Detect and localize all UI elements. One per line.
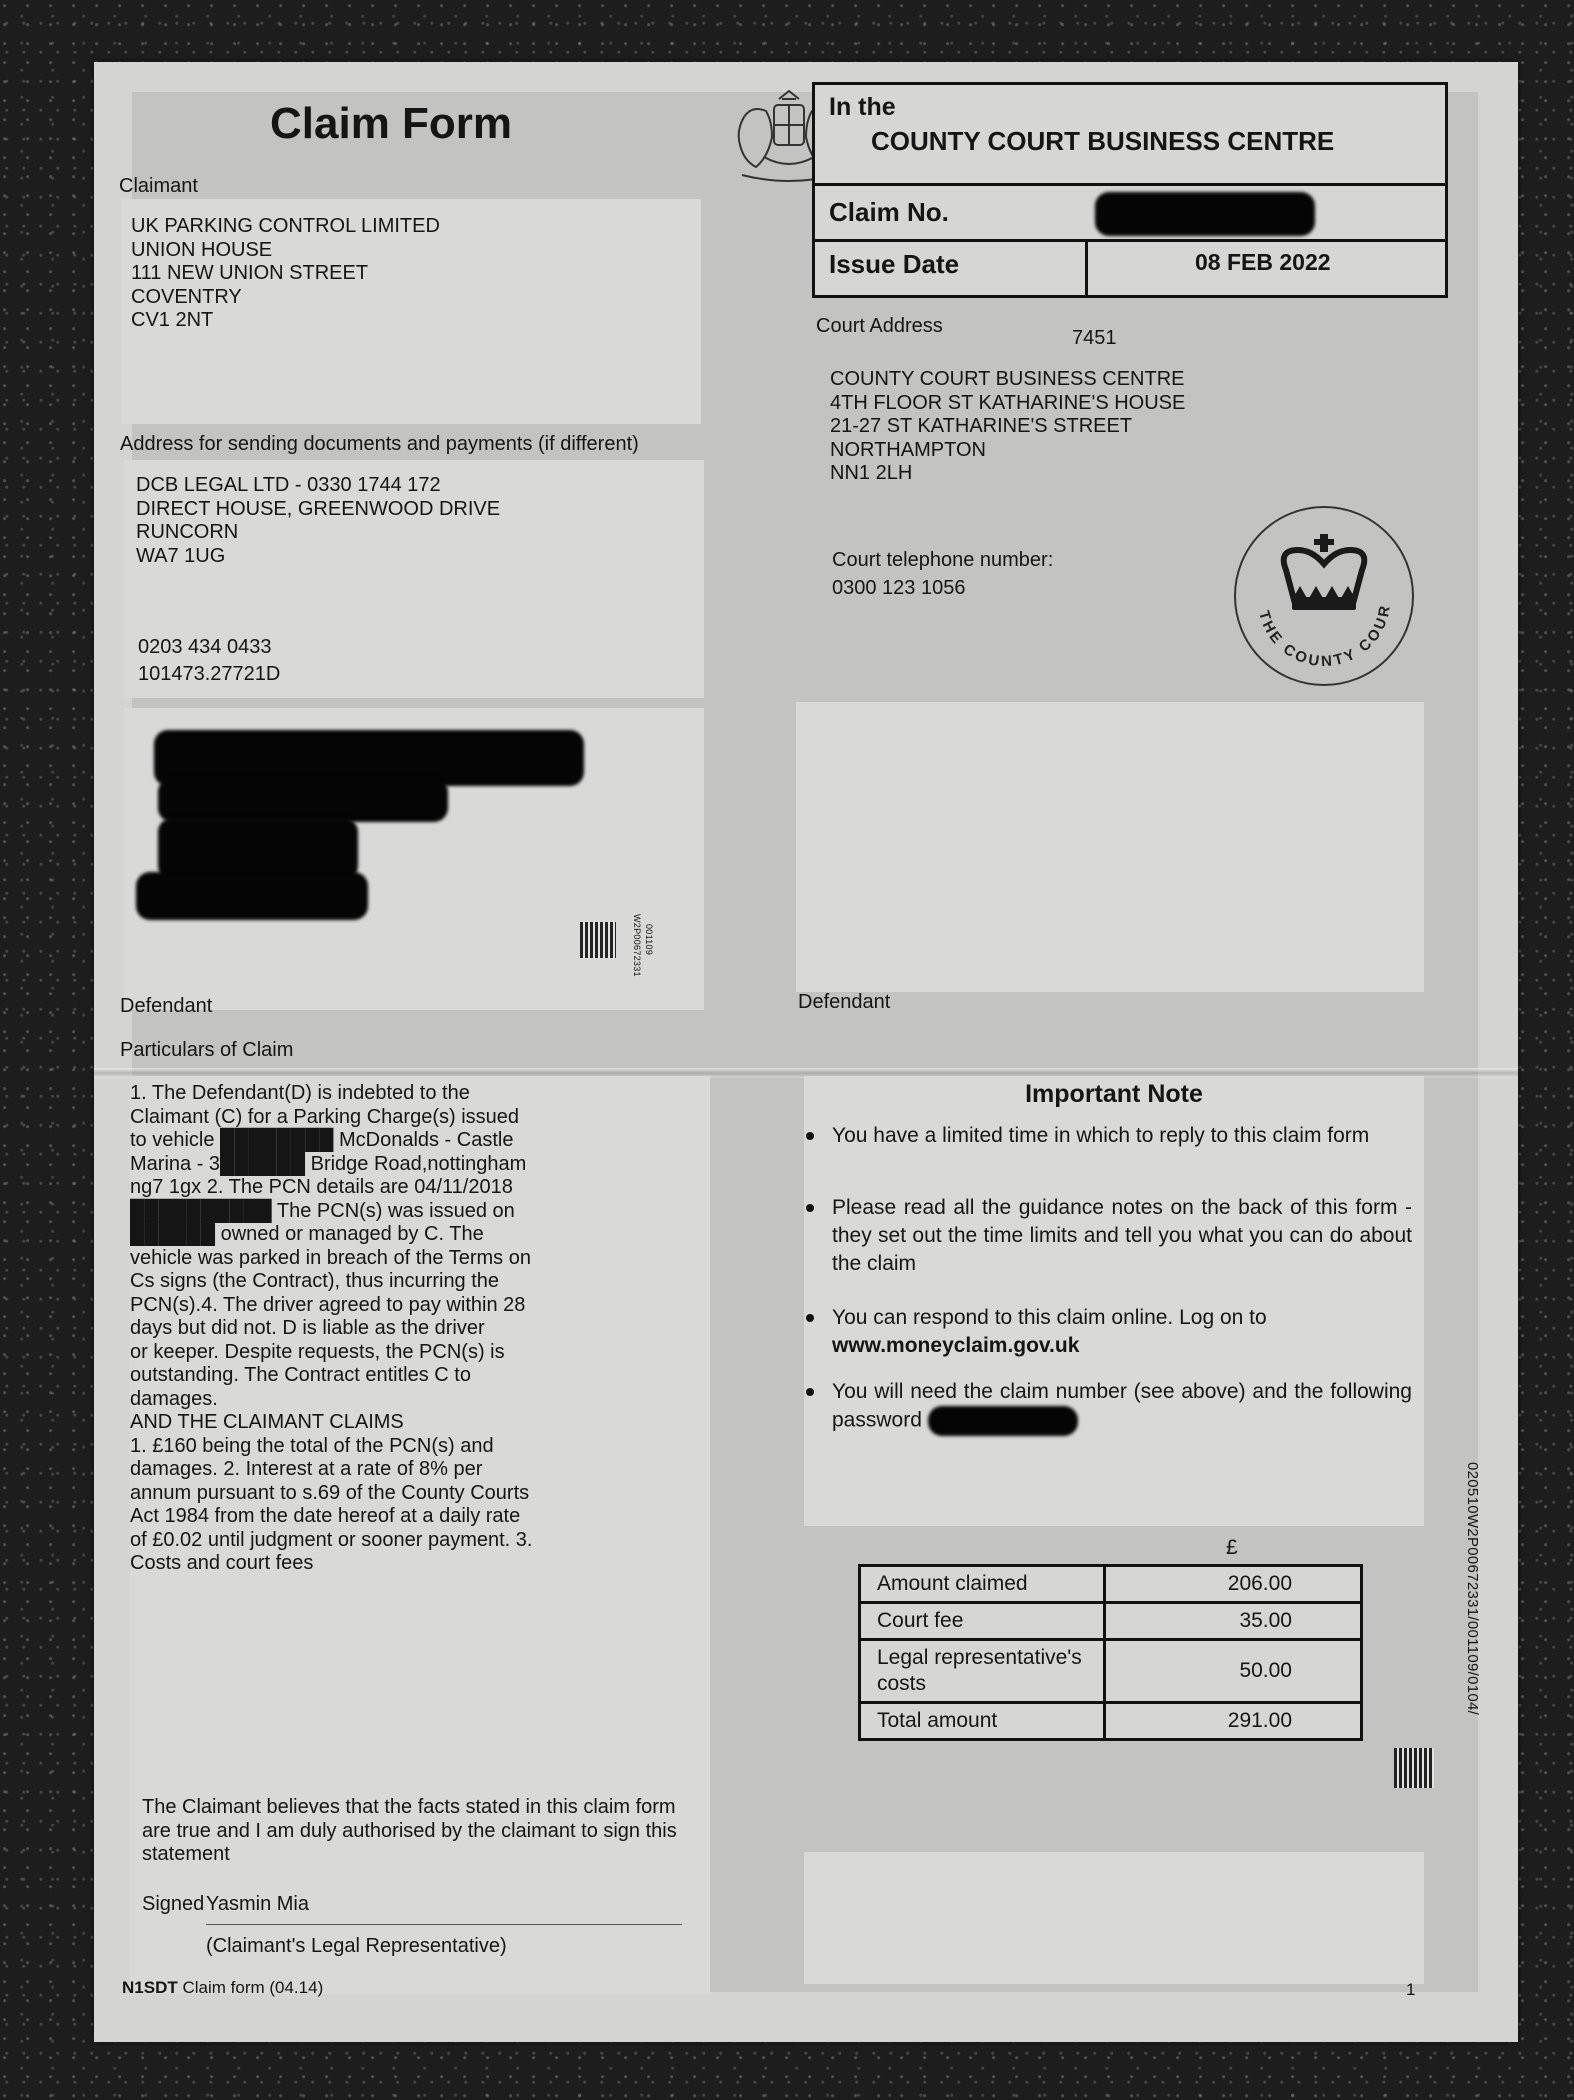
amount-label: Total amount: [860, 1703, 1105, 1740]
amount-label: Legal representative's costs: [860, 1640, 1105, 1703]
signatory-name: Yasmin Mia: [206, 1892, 309, 1916]
statement-line: statement: [142, 1843, 677, 1867]
particulars-line: to vehicle ████████ McDonalds - Castle: [130, 1129, 532, 1153]
statement-line: are true and I am duly authorised by the…: [142, 1820, 677, 1844]
county-court-seal: THE COUNTY COURT: [1234, 506, 1414, 686]
amount-label: Court fee: [860, 1603, 1105, 1640]
service-address-line: WA7 1UG: [136, 545, 500, 569]
particulars-line: ██████ owned or managed by C. The: [130, 1223, 532, 1247]
claimant-label: Claimant: [119, 174, 198, 198]
form-code: N1SDT: [122, 1978, 178, 1997]
claim-number-row: Claim No.: [815, 183, 1445, 242]
bullet-icon: [806, 1388, 814, 1396]
particulars-line: damages.: [130, 1388, 532, 1412]
defendant-address-redacted: [158, 818, 358, 880]
court-address-line: COUNTY COURT BUSINESS CENTRE: [830, 368, 1185, 392]
claim-number-redacted: [1095, 192, 1315, 236]
issue-date-row: Issue Date 08 FEB 2022: [815, 239, 1445, 292]
particulars-line: PCN(s).4. The driver agreed to pay withi…: [130, 1294, 532, 1318]
claimant-address-line: UNION HOUSE: [131, 239, 440, 263]
court-address-line: 21-27 ST KATHARINE'S STREET: [830, 415, 1185, 439]
court-header-box: In the COUNTY COURT BUSINESS CENTRE Clai…: [812, 82, 1448, 298]
court-code: 7451: [1072, 326, 1117, 350]
form-footer: N1SDT Claim form (04.14): [122, 1976, 323, 2000]
issue-date-divider: [1085, 242, 1088, 295]
service-address-line: RUNCORN: [136, 521, 500, 545]
datamatrix-barcode: [580, 922, 616, 958]
issue-date-value: 08 FEB 2022: [1195, 250, 1331, 274]
currency-symbol: £: [1226, 1536, 1238, 1560]
particulars-line: Marina - 3██████ Bridge Road,nottingham: [130, 1153, 532, 1177]
defendant-address-box: W2P00672331 001109: [124, 708, 704, 1010]
important-note-item: You can respond to this claim online. Lo…: [832, 1304, 1412, 1360]
form-title: Claim Form: [270, 112, 512, 136]
particulars-label: Particulars of Claim: [120, 1038, 293, 1062]
datamatrix-barcode: [1394, 1748, 1434, 1788]
amount-row: Court fee 35.00: [860, 1603, 1362, 1640]
amount-value: 291.00: [1105, 1703, 1362, 1740]
defendant-address-redacted: [158, 778, 448, 822]
court-address: COUNTY COURT BUSINESS CENTRE 4TH FLOOR S…: [830, 368, 1185, 486]
particulars-line: vehicle was parked in breach of the Term…: [130, 1247, 532, 1271]
bullet-icon: [806, 1314, 814, 1322]
claimant-address-line: UK PARKING CONTROL LIMITED: [131, 215, 440, 239]
side-reference: 020510W2P00672331/001109/0104/: [1464, 1462, 1481, 1715]
court-telephone-value: 0300 123 1056: [832, 576, 965, 600]
particulars-line: ██████████ The PCN(s) was issued on: [130, 1200, 532, 1224]
form-name: Claim form (04.14): [182, 1978, 323, 1997]
statement-line: The Claimant believes that the facts sta…: [142, 1796, 677, 1820]
issue-date-label: Issue Date: [829, 252, 959, 276]
bullet-icon: [806, 1132, 814, 1140]
service-address-line: DIRECT HOUSE, GREENWOOD DRIVE: [136, 498, 500, 522]
claimant-address-line: 111 NEW UNION STREET: [131, 262, 440, 286]
defendant-label-left: Defendant: [120, 994, 212, 1018]
statement-text: The Claimant believes that the facts sta…: [142, 1796, 677, 1867]
particulars-line: Act 1984 from the date hereof at a daily…: [130, 1505, 532, 1529]
claimant-address: UK PARKING CONTROL LIMITED UNION HOUSE 1…: [131, 215, 440, 333]
defendant-label-right: Defendant: [798, 990, 890, 1014]
amounts-table: Amount claimed 206.00 Court fee 35.00 Le…: [858, 1564, 1363, 1741]
particulars-line: of £0.02 until judgment or sooner paymen…: [130, 1529, 532, 1553]
particulars-line: damages. 2. Interest at a rate of 8% per: [130, 1458, 532, 1482]
service-address-label: Address for sending documents and paymen…: [120, 432, 639, 456]
signatory-role: (Claimant's Legal Representative): [206, 1934, 507, 1958]
amount-row: Legal representative's costs 50.00: [860, 1640, 1362, 1703]
amount-value: 206.00: [1105, 1566, 1362, 1603]
court-address-label: Court Address: [816, 314, 943, 338]
signature-line: [206, 1924, 682, 1925]
service-reference: 101473.27721D: [138, 662, 280, 686]
particulars-text: 1. The Defendant(D) is indebted to the C…: [130, 1082, 532, 1576]
important-note-item: You have a limited time in which to repl…: [832, 1122, 1412, 1150]
bullet-icon: [806, 1204, 814, 1212]
court-telephone-label: Court telephone number:: [832, 548, 1053, 572]
particulars-line: Costs and court fees: [130, 1552, 532, 1576]
page-number: 1: [1406, 1978, 1415, 2002]
claim-form-document: Claim Form Claimant UK PARKING CONTROL L…: [94, 62, 1518, 2042]
important-note-item: You will need the claim number (see abov…: [832, 1378, 1412, 1436]
signed-label: Signed: [142, 1892, 204, 1916]
claim-number-label: Claim No.: [829, 200, 949, 224]
particulars-line: outstanding. The Contract entitles C to: [130, 1364, 532, 1388]
barcode-sub: 001109: [644, 924, 654, 955]
particulars-line: 1. The Defendant(D) is indebted to the: [130, 1082, 532, 1106]
particulars-line: Claimant (C) for a Parking Charge(s) iss…: [130, 1106, 532, 1130]
important-note-title: Important Note: [804, 1082, 1424, 1106]
service-address-line: DCB LEGAL LTD - 0330 1744 172: [136, 474, 500, 498]
amount-value: 50.00: [1105, 1640, 1362, 1703]
amount-row: Total amount 291.00: [860, 1703, 1362, 1740]
crown-icon: THE COUNTY COURT: [1236, 508, 1412, 684]
service-phone: 0203 434 0433: [138, 635, 271, 659]
defendant-right-box: [796, 702, 1424, 992]
court-use-box: [804, 1852, 1424, 1984]
amount-value: 35.00: [1105, 1603, 1362, 1640]
court-name: COUNTY COURT BUSINESS CENTRE: [871, 129, 1334, 153]
claimant-address-line: CV1 2NT: [131, 309, 440, 333]
in-the-label: In the: [829, 95, 896, 119]
particulars-line: 1. £160 being the total of the PCN(s) an…: [130, 1435, 532, 1459]
particulars-line: ng7 1gx 2. The PCN details are 04/11/201…: [130, 1176, 532, 1200]
court-address-line: 4TH FLOOR ST KATHARINE'S HOUSE: [830, 392, 1185, 416]
particulars-line: or keeper. Despite requests, the PCN(s) …: [130, 1341, 532, 1365]
defendant-address-redacted: [136, 872, 368, 920]
amount-label: Amount claimed: [860, 1566, 1105, 1603]
barcode-code: W2P00672331: [632, 914, 642, 977]
service-address: DCB LEGAL LTD - 0330 1744 172 DIRECT HOU…: [136, 474, 500, 568]
claimant-address-line: COVENTRY: [131, 286, 440, 310]
particulars-line: annum pursuant to s.69 of the County Cou…: [130, 1482, 532, 1506]
court-address-line: NORTHAMPTON: [830, 439, 1185, 463]
particulars-line: AND THE CLAIMANT CLAIMS: [130, 1411, 532, 1435]
particulars-line: days but did not. D is liable as the dri…: [130, 1317, 532, 1341]
particulars-box: 1. The Defendant(D) is indebted to the C…: [130, 1076, 710, 1782]
service-address-box: DCB LEGAL LTD - 0330 1744 172 DIRECT HOU…: [124, 460, 704, 698]
court-address-line: NN1 2LH: [830, 462, 1185, 486]
important-note-item: Please read all the guidance notes on th…: [832, 1194, 1412, 1278]
particulars-line: Cs signs (the Contract), thus incurring …: [130, 1270, 532, 1294]
amount-row: Amount claimed 206.00: [860, 1566, 1362, 1603]
statement-of-truth-box: The Claimant believes that the facts sta…: [130, 1782, 710, 1994]
password-redacted: [928, 1406, 1078, 1436]
claimant-box: UK PARKING CONTROL LIMITED UNION HOUSE 1…: [121, 199, 701, 424]
moneyclaim-link[interactable]: www.moneyclaim.gov.uk: [832, 1334, 1079, 1357]
important-note-box: Important Note You have a limited time i…: [804, 1076, 1424, 1526]
